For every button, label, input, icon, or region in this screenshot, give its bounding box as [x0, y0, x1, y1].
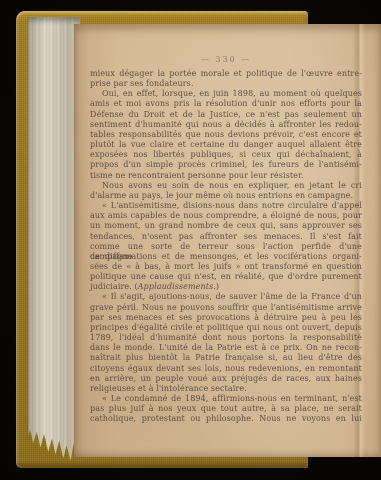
- text-line: Oui, en effet, lorsque, en juin 1898, au…: [90, 89, 362, 99]
- text-line: mieux dégager la portée morale et politi…: [90, 69, 362, 79]
- text-line: comme une sorte de terreur sous l'action…: [90, 242, 362, 252]
- text-line: grave péril. Nous ne pouvons souffrir qu…: [90, 303, 362, 313]
- book-photograph: — 330 — mieux dégager la portée morale e…: [0, 0, 381, 480]
- text-line: sentiment d'humanité qui nous a décidés …: [90, 120, 362, 130]
- text-line: citoyens égaux devant ses lois, nous red…: [90, 364, 362, 374]
- text-line: tisme ne rencontraient personne pour leu…: [90, 171, 362, 181]
- page-edges: [28, 17, 80, 463]
- text-line: tendances, n'osent pas affronter ses men…: [90, 232, 362, 242]
- book-page: — 330 — mieux dégager la portée morale e…: [74, 24, 381, 457]
- paragraph: mieux dégager la portée morale et politi…: [90, 69, 362, 89]
- text-line: religieuses et à l'intolérance sectaire.: [90, 384, 362, 394]
- text-line: prise par ses fondateurs.: [90, 79, 362, 89]
- text-line: exposées nos libertés publiques, si ceux…: [90, 150, 362, 160]
- paragraph: « Il s'agit, ajoutions-nous, de sauver l…: [90, 292, 362, 394]
- text-line: politique une cause qui n'est, en réalit…: [90, 272, 362, 282]
- paragraph: Oui, en effet, lorsque, en juin 1898, au…: [90, 89, 362, 180]
- paragraph: Nous avons eu soin de nous en expliquer,…: [90, 181, 362, 201]
- text-line: par ses menaces et ses provocations à dé…: [90, 313, 362, 323]
- text-line: amis et moi avons pris la résolution d'u…: [90, 99, 362, 109]
- text-line: pas plus juif à nos yeux que tout autre,…: [90, 404, 362, 414]
- text-line: « Le condamné de 1894, affirmions-nous e…: [90, 394, 362, 404]
- page-number: — 330 —: [90, 55, 362, 64]
- text-line: plutôt la vue claire et certaine du dang…: [90, 140, 362, 150]
- paragraph: « L'antisémitisme, disions-nous dans not…: [90, 201, 362, 292]
- text-line: Défense du Droit et de la Justice, ce n'…: [90, 110, 362, 120]
- page-text: mieux dégager la portée morale et politi…: [90, 69, 362, 424]
- text-line: de diffamations et de mensonges, et les …: [90, 252, 362, 262]
- text-line: « Il s'agit, ajoutions-nous, de sauver l…: [90, 292, 362, 302]
- text-line: naîtrait plus bientôt la Patrie français…: [90, 353, 362, 363]
- text-line: en arrière, un peuple voué aux préjugés …: [90, 374, 362, 384]
- text-line: tables responsabilités que nous devions …: [90, 130, 362, 140]
- text-line: d'alarme au pays, le jour même où nous e…: [90, 191, 362, 201]
- text-line: 1789, l'idéal d'humanité dont nous porto…: [90, 333, 362, 343]
- text-line: sées de « à bas, à mort les juifs » ont …: [90, 262, 362, 272]
- text-line: aux amis capables de nous comprendre, a …: [90, 211, 362, 221]
- text-line: principes d'égalité civile et politique …: [90, 323, 362, 333]
- text-line: judiciaire. (Applaudissements.): [90, 282, 362, 292]
- text-line: « L'antisémitisme, disions-nous dans not…: [90, 201, 362, 211]
- text-line: Nous avons eu soin de nous en expliquer,…: [90, 181, 362, 191]
- paragraph: « Le condamné de 1894, affirmions-nous e…: [90, 394, 362, 424]
- text-line: dans le monde. L'unité de la Patrie est …: [90, 343, 362, 353]
- text-line: un moment, un grand nombre de ceux qui, …: [90, 221, 362, 231]
- text-line: catholique, protestant ou philosophe. No…: [90, 414, 362, 424]
- text-line: propos d'un simple procès criminel, les …: [90, 160, 362, 170]
